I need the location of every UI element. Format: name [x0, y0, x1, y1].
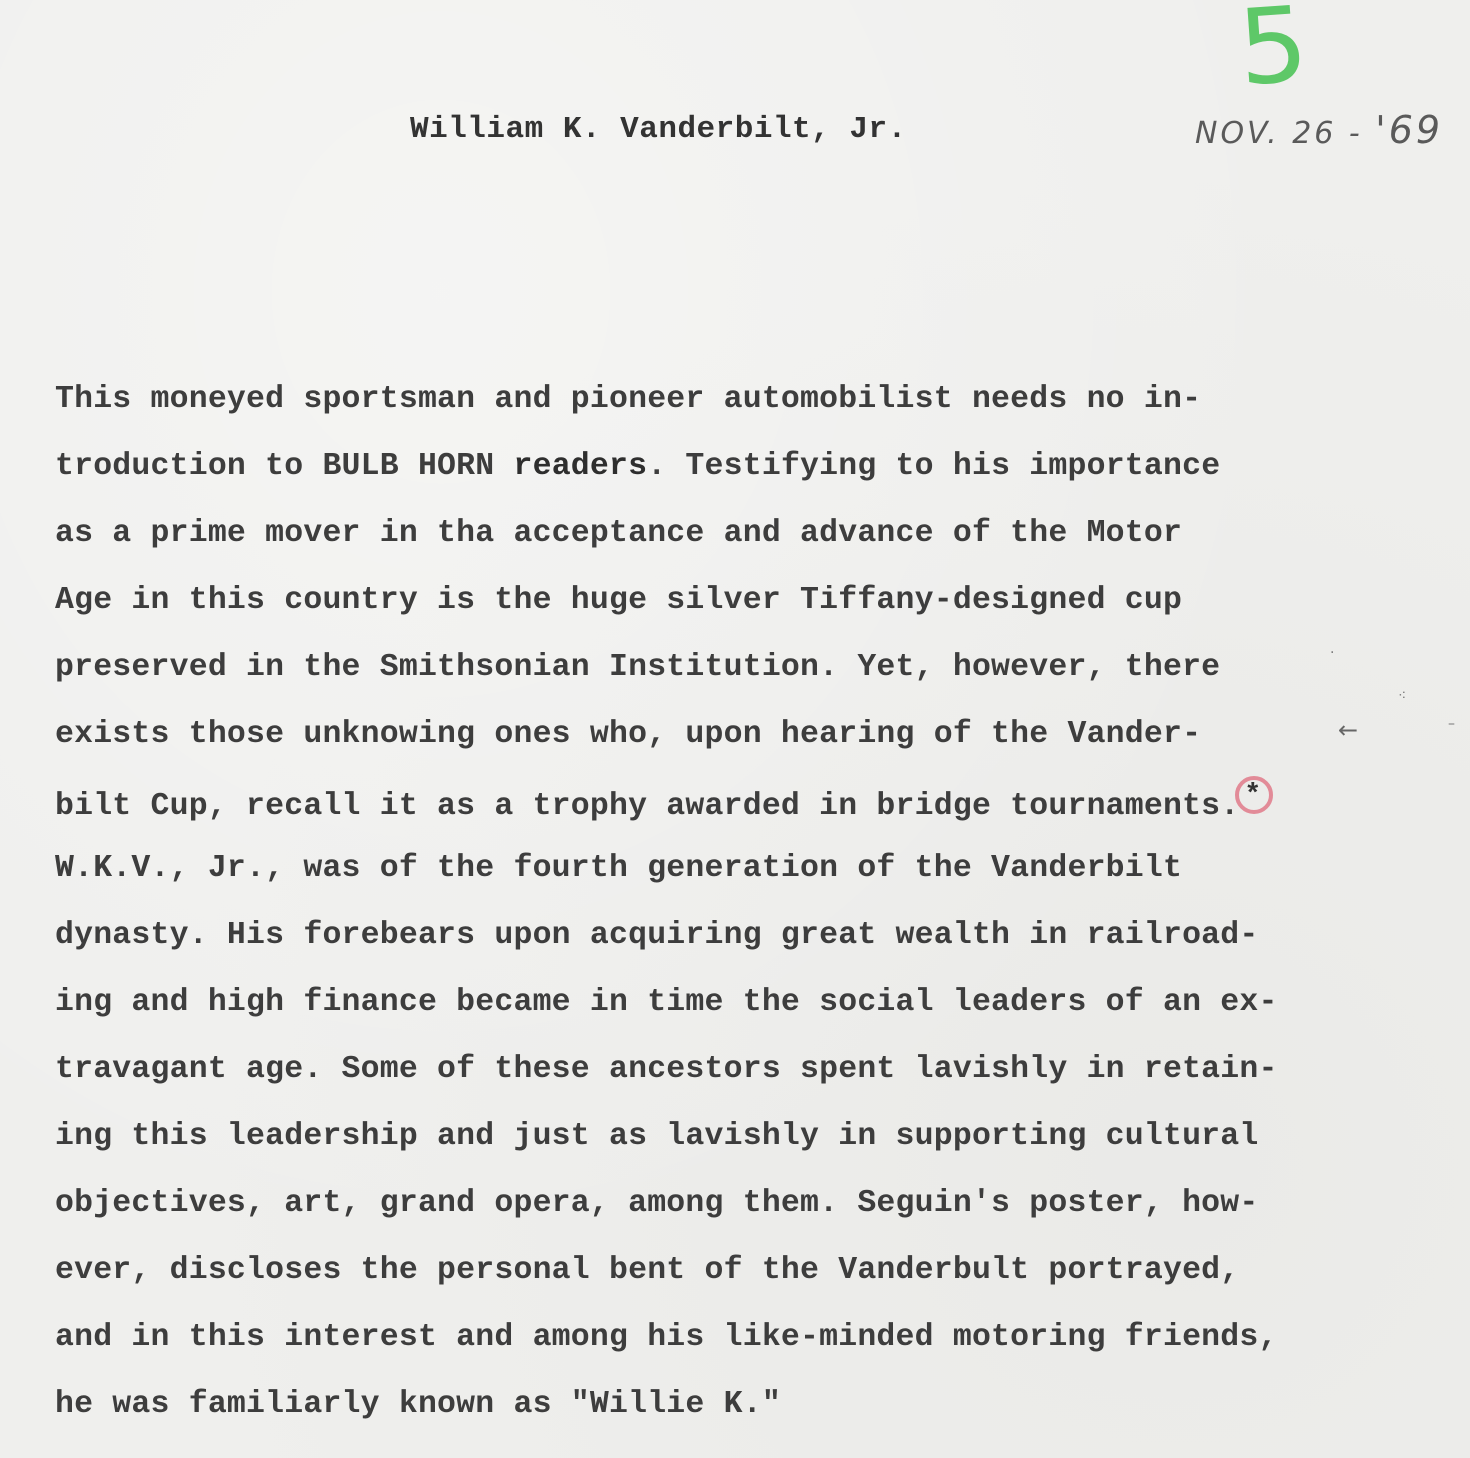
text-line: objectives, art, grand opera, among them… [55, 1184, 1375, 1251]
asterisk-icon: * [1244, 776, 1261, 816]
overstruck-word: readers [513, 449, 647, 484]
text-line: troduction to BULB HORN readers. Testify… [55, 447, 1375, 514]
text-line: as a prime mover in tha acceptance and a… [55, 514, 1375, 581]
margin-dot-icon: · [1330, 645, 1334, 661]
margin-dash-icon: – [1448, 716, 1455, 732]
text-segment: . Testifying to his importance [647, 449, 1220, 484]
text-line: preserved in the Smithsonian Institution… [55, 648, 1375, 715]
text-segment: troduction to BULB HORN [55, 449, 513, 484]
text-line: ing this leadership and just as lavishly… [55, 1117, 1375, 1184]
text-line: bilt Cup, recall it as a trophy awarded … [55, 782, 1375, 849]
body-paragraph: This moneyed sportsman and pioneer autom… [55, 380, 1375, 1452]
margin-arrow-icon: ← [1338, 716, 1358, 744]
text-line: ever, discloses the personal bent of the… [55, 1251, 1375, 1318]
date-month-day: NOV. 26 - [1195, 116, 1363, 151]
text-line: This moneyed sportsman and pioneer autom… [55, 380, 1375, 447]
footnote-marker: * [1235, 782, 1269, 816]
text-line: W.K.V., Jr., was of the fourth generatio… [55, 849, 1375, 916]
handwritten-page-number: 5 [1235, 0, 1312, 100]
text-line: exists those unknowing ones who, upon he… [55, 715, 1375, 782]
text-line: travagant age. Some of these ancestors s… [55, 1050, 1375, 1117]
handwritten-date: NOV. 26 - '69 [1195, 108, 1443, 152]
document-page: 5 NOV. 26 - '69 William K. Vanderbilt, J… [0, 0, 1470, 1458]
text-line: ing and high finance became in time the … [55, 983, 1375, 1050]
text-line: and in this interest and among his like-… [55, 1318, 1375, 1385]
margin-smudge-icon: ⁖ [1398, 688, 1406, 704]
date-year: '69 [1375, 108, 1443, 152]
text-line: dynasty. His forebears upon acquiring gr… [55, 916, 1375, 983]
text-segment: bilt Cup, recall it as a trophy awarded … [55, 789, 1239, 824]
document-title: William K. Vanderbilt, Jr. [410, 112, 907, 147]
text-line: Age in this country is the huge silver T… [55, 581, 1375, 648]
text-line: he was familiarly known as "Willie K." [55, 1385, 1375, 1452]
